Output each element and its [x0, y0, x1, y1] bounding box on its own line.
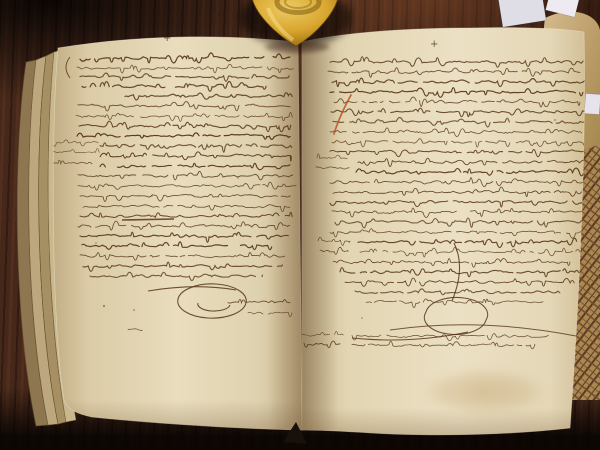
- paper-slip-right-edge: [584, 94, 600, 115]
- left-page-bottom-shade: [50, 400, 305, 432]
- right-page: [302, 28, 584, 435]
- book-photo-svg: + +: [0, 0, 600, 450]
- gutter-shadow-right: [300, 26, 338, 438]
- left-page-heading-cross: +: [163, 33, 171, 44]
- water-stain: [423, 368, 547, 416]
- right-page-heading-cross: +: [430, 39, 438, 50]
- photo-of-open-manuscript: + +: [0, 0, 600, 450]
- paper-slip-top-left: [498, 0, 546, 27]
- right-page-bottom-shade: [302, 408, 587, 438]
